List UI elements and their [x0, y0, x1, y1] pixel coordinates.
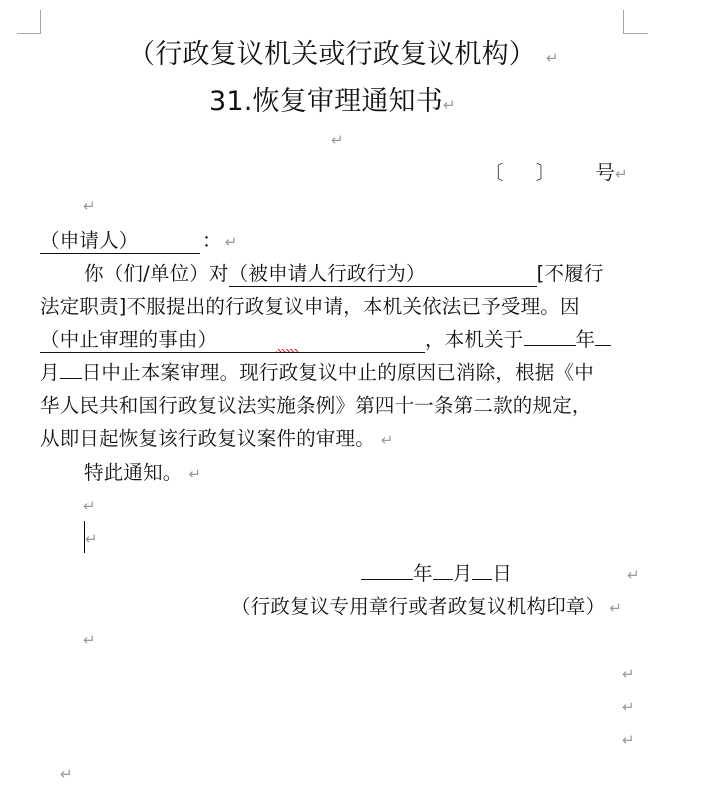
paragraph-mark-icon: ↵ — [381, 431, 394, 449]
signature-date[interactable]: 年月日 — [361, 561, 512, 587]
paragraph-mark-icon: ↵ — [443, 96, 456, 114]
applicant-blank[interactable]: （申请人） — [40, 229, 200, 254]
signature-month-blank[interactable] — [433, 579, 453, 580]
text-cursor — [84, 521, 85, 553]
paragraph-mark-icon: ↵ — [622, 698, 635, 716]
paragraph-mark-icon: ↵ — [622, 731, 635, 749]
paragraph-mark-icon: ↵ — [83, 497, 96, 515]
body-line-6[interactable]: 从即日起恢复该行政复议案件的审理。↵ — [40, 426, 394, 453]
paragraph-mark-icon: ↵ — [83, 631, 96, 649]
body-line-1[interactable]: 你（们/单位）对（被申请人行政行为）[不履行 — [84, 261, 604, 287]
paragraph-mark-icon: ↵ — [189, 465, 202, 483]
body-line-3[interactable]: （中止审理的事由），本机关于年 — [40, 327, 611, 353]
suspend-day-blank[interactable] — [60, 378, 82, 379]
signature-day-blank[interactable] — [472, 579, 492, 580]
signature-day-label: 日 — [492, 562, 512, 585]
doc-number-open-bracket: 〔 — [484, 161, 504, 184]
body-line-4-rest: 日中止本案审理。现行政复议中止的原因已消除，根据《中 — [82, 361, 594, 384]
spellcheck-squiggle — [276, 349, 298, 352]
seal-line[interactable]: （行政复议专用章行或者政复议机构印章）↵ — [231, 594, 622, 621]
doc-number-close-bracket: 〕 — [536, 161, 556, 184]
document-number[interactable]: 〔〕号↵ — [484, 160, 628, 187]
closing-text: 特此通知。 — [84, 461, 183, 484]
paragraph-mark-icon: ↵ — [615, 165, 628, 183]
document-title-text: 31.恢复审理通知书 — [209, 86, 443, 117]
suspend-year-blank[interactable] — [524, 345, 576, 346]
header-line[interactable]: （行政复议机关或行政复议机构）↵ — [128, 37, 559, 76]
paragraph-mark-icon: ↵ — [627, 566, 640, 584]
seal-text: （行政复议专用章行或者政复议机构印章） — [231, 595, 605, 618]
body-line-4[interactable]: 月日中止本案审理。现行政复议中止的原因已消除，根据《中 — [40, 360, 594, 386]
body-line-4-month: 月 — [40, 361, 60, 384]
signature-month-label: 月 — [453, 562, 473, 585]
paragraph-mark-icon: ↵ — [622, 665, 635, 683]
suspend-month-blank-start[interactable] — [595, 345, 611, 346]
paragraph-mark-icon: ↵ — [225, 233, 238, 251]
addressee-line[interactable]: （申请人）：↵ — [40, 228, 237, 255]
body-line-5[interactable]: 华人民共和国行政复议法实施条例》第四十一条第二款的规定， — [40, 393, 592, 419]
suspension-reason-blank[interactable]: （中止审理的事由） — [40, 328, 425, 353]
body-line-3-middle: ，本机关于 — [425, 328, 524, 351]
document-title[interactable]: 31.恢复审理通知书↵ — [209, 84, 456, 123]
addressee-colon: ： — [202, 229, 222, 252]
paragraph-mark-icon: ↵ — [546, 49, 559, 67]
paragraph-mark-icon: ↵ — [85, 530, 98, 548]
header-line-text: （行政复议机关或行政复议机构） — [128, 39, 536, 70]
body-line-1-prefix: 你（们/单位）对 — [84, 262, 229, 285]
paragraph-mark-icon: ↵ — [609, 599, 622, 617]
body-line-1-suffix: [不履行 — [537, 262, 604, 285]
margin-corner-top-left — [17, 10, 41, 34]
body-line-3-year: 年 — [576, 328, 596, 351]
body-line-6-text: 从即日起恢复该行政复议案件的审理。 — [40, 427, 375, 450]
closing-line[interactable]: 特此通知。↵ — [84, 460, 201, 487]
paragraph-mark-icon: ↵ — [83, 197, 96, 215]
paragraph-mark-icon: ↵ — [60, 765, 73, 783]
paragraph-mark-icon: ↵ — [331, 131, 344, 149]
respondent-action-blank[interactable]: （被申请人行政行为） — [229, 262, 537, 287]
doc-number-suffix: 号 — [595, 161, 615, 184]
signature-year-label: 年 — [413, 562, 433, 585]
body-line-2[interactable]: 法定职责]不服提出的行政复议申请，本机关依法已予受理。因 — [40, 294, 580, 320]
signature-year-blank[interactable] — [361, 579, 413, 580]
margin-corner-top-right — [623, 10, 648, 34]
